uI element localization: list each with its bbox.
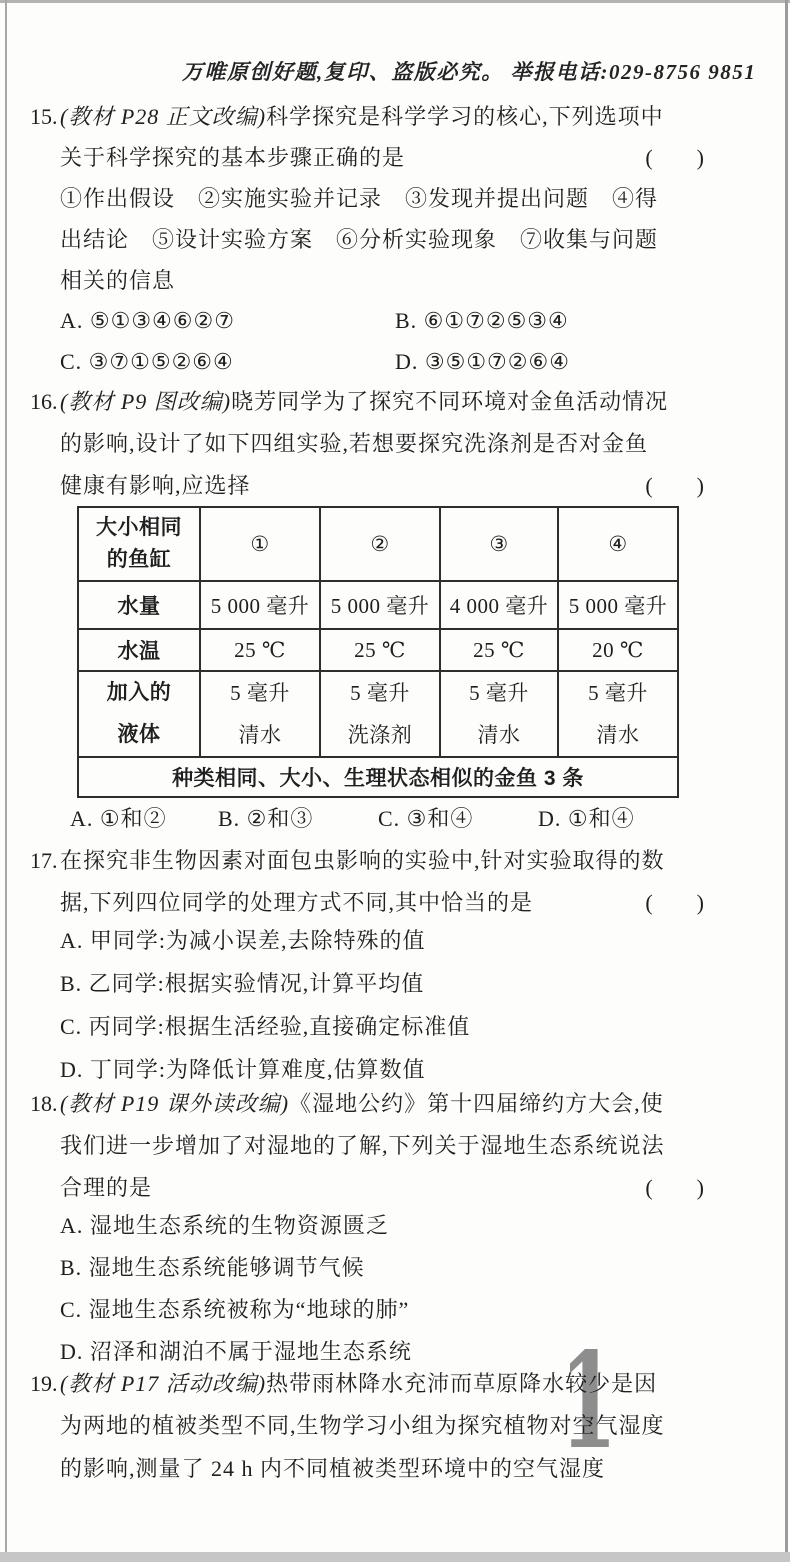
- scan-edge-left: [5, 0, 7, 1562]
- q15-text-3: ①作出假设 ②实施实验并记录 ③发现并提出问题 ④得: [60, 186, 658, 211]
- q15-text-1: 科学探究是科学学习的核心,下列选项中: [266, 104, 664, 129]
- q15-text-2: 关于科学探究的基本步骤正确的是: [60, 145, 405, 170]
- q19-line-2: 为两地的植被类型不同,生物学习小组为探究植物对空气湿度: [60, 1412, 712, 1444]
- table-cell-volume-3: 4 000 毫升: [440, 581, 558, 629]
- q16-text-3: 健康有影响,应选择: [60, 473, 251, 498]
- q16-line-3: 健康有影响,应选择 ( ): [60, 472, 712, 504]
- q15-text-4: 出结论 ⑤设计实验方案 ⑥分析实验现象 ⑦收集与问题: [60, 227, 658, 252]
- q15-option-c: C. ③⑦①⑤②⑥④: [60, 349, 234, 374]
- exam-page: 1 万唯原创好题,复印、盗版必究。 举报电话:029-8756 9851 15.…: [0, 0, 790, 1562]
- table-col-head-2: ②: [320, 507, 440, 581]
- q17-answer-paren: ( ): [645, 889, 704, 917]
- q16-option-a: A. ①和②: [70, 805, 167, 833]
- q17-line-2: 据,下列四位同学的处理方式不同,其中恰当的是 ( ): [60, 889, 712, 921]
- table-cell-volume-4: 5 000 毫升: [558, 581, 678, 629]
- q16-source-ref: (教材 P9 图改编): [60, 389, 231, 414]
- scan-edge-top: [0, 0, 790, 3]
- table-cell-liquid-2: 5 毫升 洗涤剂: [320, 671, 440, 757]
- q18-source-ref: (教材 P19 课外读改编): [60, 1091, 289, 1116]
- q18-option-a-line: A. 湿地生态系统的生物资源匮乏: [60, 1212, 712, 1244]
- q15-text-5: 相关的信息: [60, 268, 175, 293]
- q19-text-1: 热带雨林降水充沛而草原降水较少是因: [266, 1371, 657, 1396]
- experiment-table: 大小相同 的鱼缸 ① ② ③ ④ 水量 5 000 毫升 5 000 毫升 4 …: [77, 506, 679, 798]
- q19-source-ref: (教材 P17 活动改编): [60, 1371, 266, 1396]
- q15-options-row-2: C. ③⑦①⑤②⑥④ D. ③⑤①⑦②⑥④: [60, 348, 712, 380]
- q16-number: 16.: [30, 388, 58, 416]
- q19-text-3: 的影响,测量了 24 h 内不同植被类型环境中的空气湿度: [60, 1456, 605, 1481]
- header-copyright-notice: 万唯原创好题,复印、盗版必究。 举报电话:029-8756 9851: [182, 56, 756, 86]
- q15-answer-paren: ( ): [645, 144, 704, 172]
- q17-option-a-line: A. 甲同学:为减小误差,去除特殊的值: [60, 927, 712, 959]
- q17-option-d: D. 丁同学:为降低计算难度,估算数值: [60, 1057, 426, 1082]
- q18-number: 18.: [30, 1090, 58, 1118]
- q16-option-b: B. ②和③: [218, 805, 313, 833]
- q17-option-c: C. 丙同学:根据生活经验,直接确定标准值: [60, 1014, 470, 1039]
- q18-option-b-line: B. 湿地生态系统能够调节气候: [60, 1254, 712, 1286]
- q18-line-2: 我们进一步增加了对湿地的了解,下列关于湿地生态系统说法: [60, 1132, 712, 1164]
- table-corner-cell: 大小相同 的鱼缸: [78, 507, 200, 581]
- q19-line-3: 的影响,测量了 24 h 内不同植被类型环境中的空气湿度: [60, 1455, 712, 1487]
- q17-option-b-line: B. 乙同学:根据实验情况,计算平均值: [60, 970, 712, 1002]
- table-footer-note: 种类相同、大小、生理状态相似的金鱼 3 条: [78, 757, 678, 797]
- table-col-head-3: ③: [440, 507, 558, 581]
- q15-option-b: B. ⑥①⑦②⑤③④: [395, 307, 569, 335]
- table-row-label-water-temp: 水温: [78, 629, 200, 671]
- table-cell-liquid-1: 5 毫升 清水: [200, 671, 320, 757]
- table-cell-temp-3: 25 ℃: [440, 629, 558, 671]
- q17-option-c-line: C. 丙同学:根据生活经验,直接确定标准值: [60, 1013, 712, 1045]
- q15-line-1: 15.(教材 P28 正文改编)科学探究是科学学习的核心,下列选项中: [60, 103, 712, 135]
- q16-line-2: 的影响,设计了如下四组实验,若想要探究洗涤剂是否对金鱼: [60, 430, 712, 462]
- q17-option-a: A. 甲同学:为减小误差,去除特殊的值: [60, 928, 426, 953]
- q16-option-c: C. ③和④: [378, 805, 473, 833]
- q18-option-c-line: C. 湿地生态系统被称为“地球的肺”: [60, 1296, 712, 1328]
- table-cell-temp-1: 25 ℃: [200, 629, 320, 671]
- q18-text-3: 合理的是: [60, 1175, 152, 1200]
- q15-line-3: ①作出假设 ②实施实验并记录 ③发现并提出问题 ④得: [60, 185, 712, 217]
- table-cell-temp-2: 25 ℃: [320, 629, 440, 671]
- q18-answer-paren: ( ): [645, 1174, 704, 1202]
- q15-options-row-1: A. ⑤①③④⑥②⑦ B. ⑥①⑦②⑤③④: [60, 307, 712, 339]
- q15-line-4: 出结论 ⑤设计实验方案 ⑥分析实验现象 ⑦收集与问题: [60, 226, 712, 258]
- table-row-label-water-volume: 水量: [78, 581, 200, 629]
- q15-number: 15.: [30, 103, 58, 131]
- q18-option-d: D. 沼泽和湖泊不属于湿地生态系统: [60, 1339, 412, 1364]
- q18-text-1: 《湿地公约》第十四届缔约方大会,使: [289, 1091, 664, 1116]
- table-cell-liquid-3: 5 毫升 清水: [440, 671, 558, 757]
- q15-line-5: 相关的信息: [60, 267, 712, 299]
- q18-option-b: B. 湿地生态系统能够调节气候: [60, 1255, 365, 1280]
- table-cell-volume-2: 5 000 毫升: [320, 581, 440, 629]
- scan-edge-right: [785, 0, 788, 1562]
- q17-text-2: 据,下列四位同学的处理方式不同,其中恰当的是: [60, 890, 533, 915]
- q18-text-2: 我们进一步增加了对湿地的了解,下列关于湿地生态系统说法: [60, 1133, 665, 1158]
- table-col-head-1: ①: [200, 507, 320, 581]
- q15-option-d: D. ③⑤①⑦②⑥④: [395, 348, 570, 376]
- q16-line-1: 16.(教材 P9 图改编)晓芳同学为了探究不同环境对金鱼活动情况: [60, 388, 712, 420]
- q17-option-d-line: D. 丁同学:为降低计算难度,估算数值: [60, 1056, 712, 1088]
- q17-line-1: 17.在探究非生物因素对面包虫影响的实验中,针对实验取得的数: [60, 847, 712, 879]
- table-cell-liquid-4: 5 毫升 清水: [558, 671, 678, 757]
- q18-option-a: A. 湿地生态系统的生物资源匮乏: [60, 1213, 389, 1238]
- q18-option-c: C. 湿地生态系统被称为“地球的肺”: [60, 1297, 409, 1322]
- q16-option-d: D. ①和④: [538, 805, 635, 833]
- q15-line-2: 关于科学探究的基本步骤正确的是 ( ): [60, 144, 712, 176]
- scan-edge-bottom: [0, 1552, 790, 1562]
- table-cell-temp-4: 20 ℃: [558, 629, 678, 671]
- q16-answer-paren: ( ): [645, 472, 704, 500]
- q18-option-d-line: D. 沼泽和湖泊不属于湿地生态系统: [60, 1338, 712, 1370]
- q16-text-2: 的影响,设计了如下四组实验,若想要探究洗涤剂是否对金鱼: [60, 431, 648, 456]
- table-row-label-added-liquid: 加入的 液体: [78, 671, 200, 757]
- q19-number: 19.: [30, 1370, 58, 1398]
- q18-line-3: 合理的是 ( ): [60, 1174, 712, 1206]
- q17-option-b: B. 乙同学:根据实验情况,计算平均值: [60, 971, 424, 996]
- q15-option-a: A. ⑤①③④⑥②⑦: [60, 308, 235, 333]
- q19-text-2: 为两地的植被类型不同,生物学习小组为探究植物对空气湿度: [60, 1413, 665, 1438]
- q15-source-ref: (教材 P28 正文改编): [60, 104, 266, 129]
- q17-number: 17.: [30, 847, 58, 875]
- q18-line-1: 18.(教材 P19 课外读改编)《湿地公约》第十四届缔约方大会,使: [60, 1090, 712, 1122]
- table-col-head-4: ④: [558, 507, 678, 581]
- q17-text-1: 在探究非生物因素对面包虫影响的实验中,针对实验取得的数: [60, 848, 665, 873]
- q19-line-1: 19.(教材 P17 活动改编)热带雨林降水充沛而草原降水较少是因: [60, 1370, 712, 1402]
- q16-options-row: A. ①和② B. ②和③ C. ③和④ D. ①和④: [60, 805, 712, 837]
- table-cell-volume-1: 5 000 毫升: [200, 581, 320, 629]
- q16-text-1: 晓芳同学为了探究不同环境对金鱼活动情况: [231, 389, 668, 414]
